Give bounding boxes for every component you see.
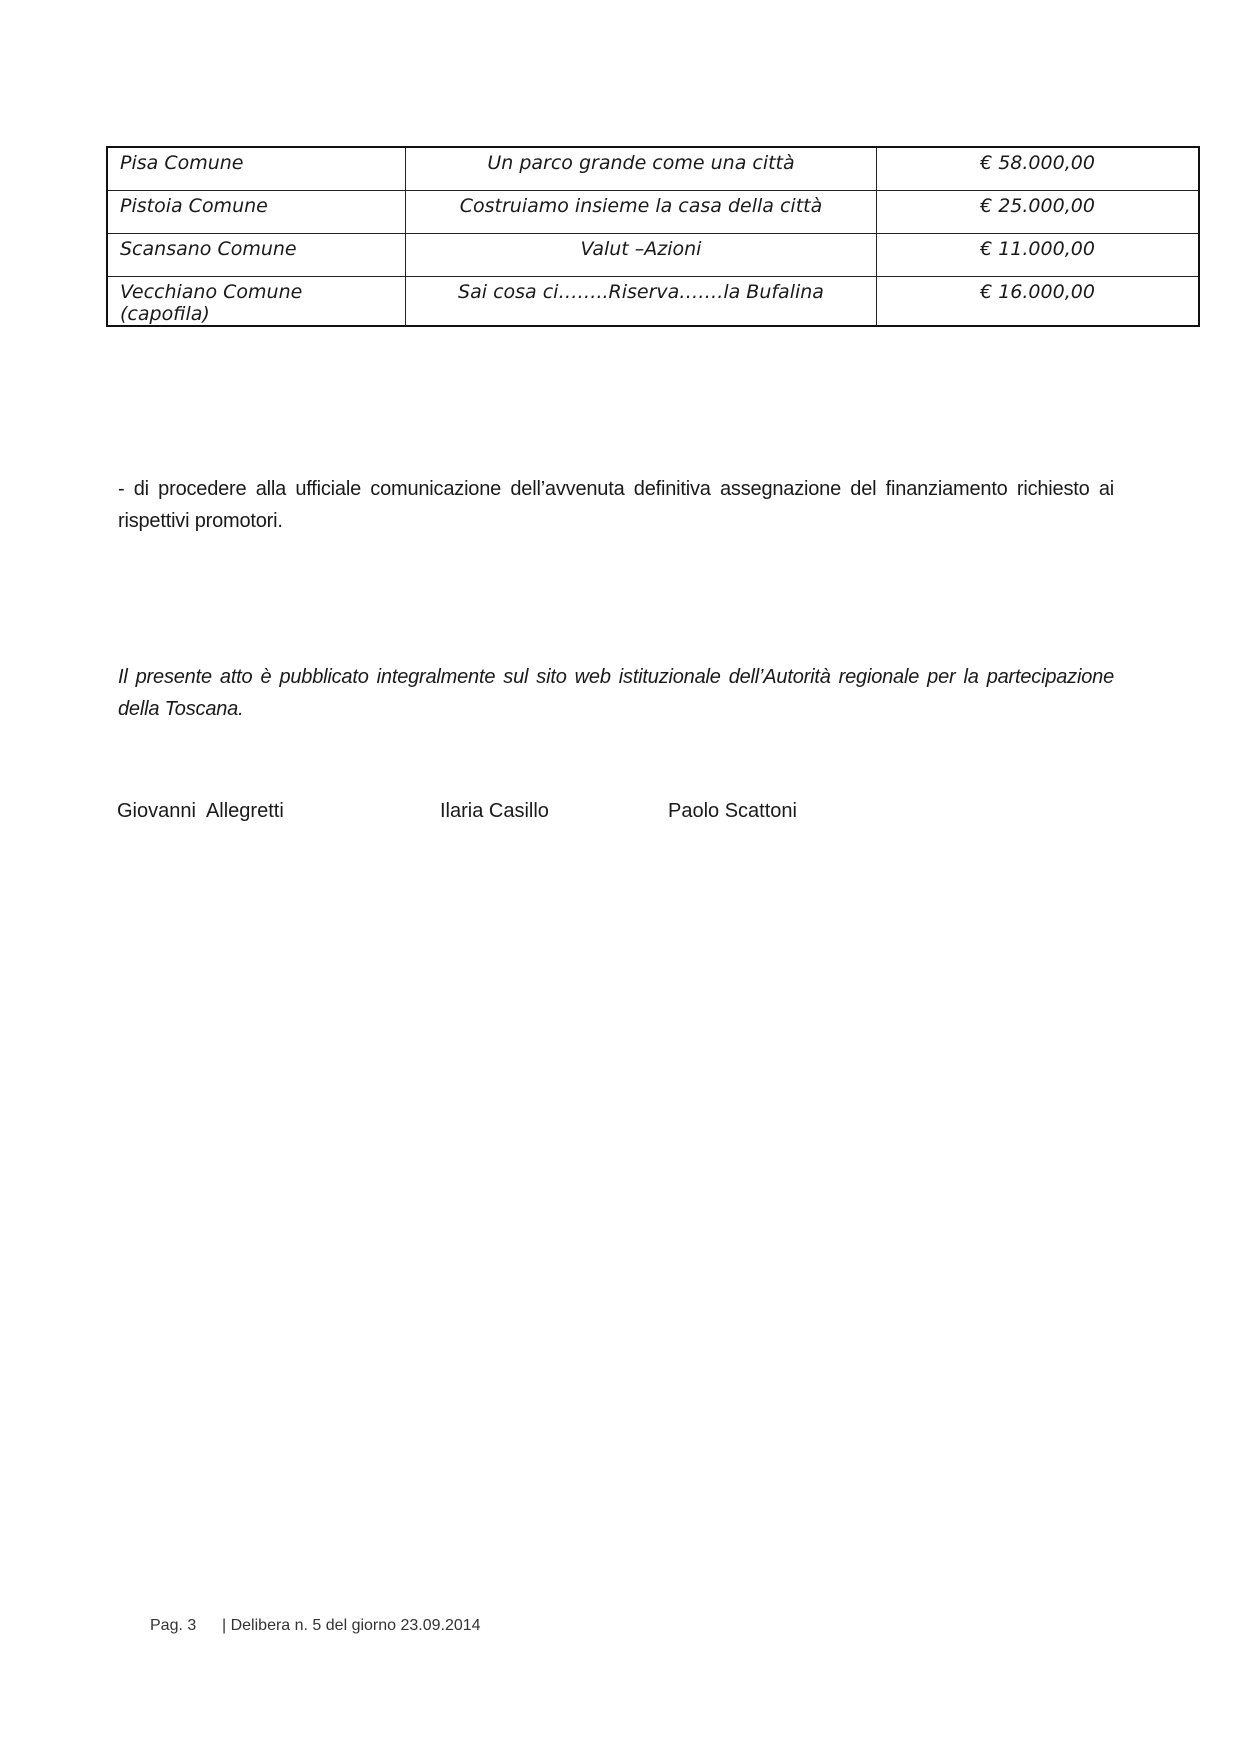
page-number: Pag. 3 [150,1617,196,1635]
footer-reference: | Delibera n. 5 del giorno 23.09.2014 [222,1617,481,1635]
funding-table: Pisa Comune Un parco grande come una cit… [106,146,1200,327]
signature-casillo: Ilaria Casillo [440,800,549,823]
amount-cell: € 11.000,00 [877,234,1200,277]
promoter-cell: Vecchiano Comune (capofila) [107,277,406,327]
signature-scattoni: Paolo Scattoni [668,800,797,823]
table-row: Vecchiano Comune (capofila) Sai cosa ci…… [107,277,1199,327]
publication-notice: Il presente atto è pubblicato integralme… [118,661,1114,725]
table-row: Scansano Comune Valut –Azioni € 11.000,0… [107,234,1199,277]
promoter-cell: Pisa Comune [107,147,406,191]
project-cell: Valut –Azioni [406,234,877,277]
table-row: Pistoia Comune Costruiamo insieme la cas… [107,191,1199,234]
promoter-cell: Scansano Comune [107,234,406,277]
project-cell: Costruiamo insieme la casa della città [406,191,877,234]
communication-paragraph: - di procedere alla ufficiale comunicazi… [118,473,1114,537]
table-row: Pisa Comune Un parco grande come una cit… [107,147,1199,191]
amount-cell: € 58.000,00 [877,147,1200,191]
amount-cell: € 16.000,00 [877,277,1200,327]
signature-allegretti: Giovanni Allegretti [117,800,284,823]
project-cell: Un parco grande come una città [406,147,877,191]
promoter-cell: Pistoia Comune [107,191,406,234]
amount-cell: € 25.000,00 [877,191,1200,234]
project-cell: Sai cosa ci……..Riserva…….la Bufalina [406,277,877,327]
